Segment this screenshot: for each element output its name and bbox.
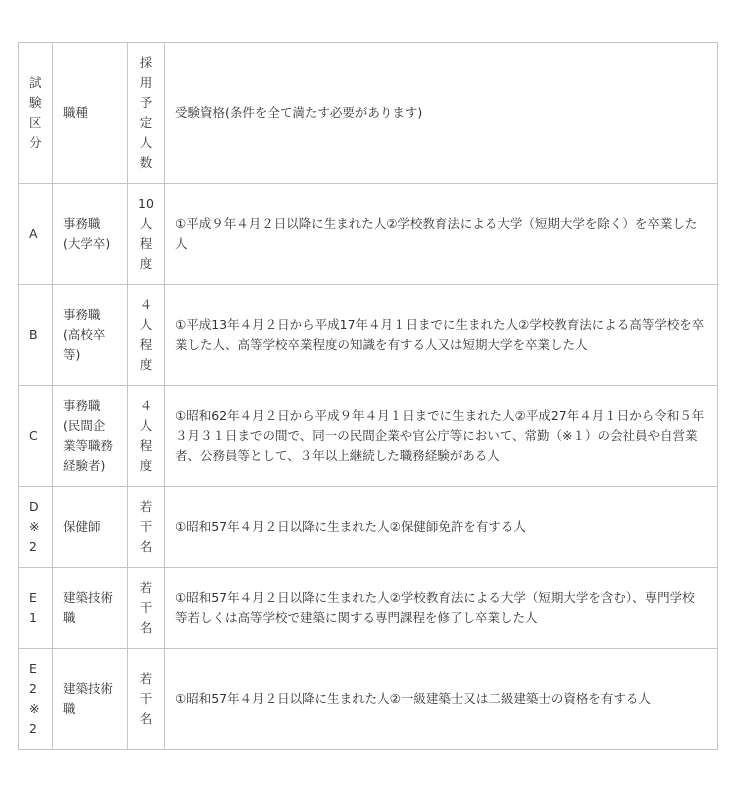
header-qualification: 受験資格(条件を全て満たす必要があります) <box>165 43 718 184</box>
table-row: B 事務職(高校卒等) ４人程度 ①平成13年４月２日から平成17年４月１日まで… <box>19 285 718 386</box>
cell-qualification: ①昭和62年４月２日から平成９年４月１日までに生まれた人②平成27年４月１日から… <box>165 386 718 487</box>
cell-category: D※2 <box>19 487 53 568</box>
table-row: A 事務職(大学卒) 10人程度 ①平成９年４月２日以降に生まれた人②学校教育法… <box>19 184 718 285</box>
header-category: 試験区分 <box>19 43 53 184</box>
cell-planned-hires: ４人程度 <box>128 386 165 487</box>
table-header-row: 試験区分 職種 採用予定人数 受験資格(条件を全て満たす必要があります) <box>19 43 718 184</box>
cell-qualification: ①昭和57年４月２日以降に生まれた人②一級建築士又は二級建築士の資格を有する人 <box>165 649 718 750</box>
cell-job-type: 建築技術職 <box>53 568 128 649</box>
cell-job-type: 建築技術職 <box>53 649 128 750</box>
cell-planned-hires: 若干名 <box>128 568 165 649</box>
cell-qualification: ①昭和57年４月２日以降に生まれた人②保健師免許を有する人 <box>165 487 718 568</box>
cell-category: E1 <box>19 568 53 649</box>
cell-job-type: 事務職(大学卒) <box>53 184 128 285</box>
table-row: D※2 保健師 若干名 ①昭和57年４月２日以降に生まれた人②保健師免許を有する… <box>19 487 718 568</box>
header-planned-hires: 採用予定人数 <box>128 43 165 184</box>
cell-job-type: 保健師 <box>53 487 128 568</box>
table-row: E2※2 建築技術職 若干名 ①昭和57年４月２日以降に生まれた人②一級建築士又… <box>19 649 718 750</box>
cell-job-type: 事務職(民間企業等職務経験者) <box>53 386 128 487</box>
cell-qualification: ①昭和57年４月２日以降に生まれた人②学校教育法による大学（短期大学を含む）、専… <box>165 568 718 649</box>
cell-job-type: 事務職(高校卒等) <box>53 285 128 386</box>
cell-category: C <box>19 386 53 487</box>
cell-category: B <box>19 285 53 386</box>
cell-planned-hires: ４人程度 <box>128 285 165 386</box>
cell-category: A <box>19 184 53 285</box>
cell-qualification: ①平成13年４月２日から平成17年４月１日までに生まれた人②学校教育法による高等… <box>165 285 718 386</box>
header-job-type: 職種 <box>53 43 128 184</box>
table-row: E1 建築技術職 若干名 ①昭和57年４月２日以降に生まれた人②学校教育法による… <box>19 568 718 649</box>
cell-planned-hires: 若干名 <box>128 487 165 568</box>
exam-qualification-table: 試験区分 職種 採用予定人数 受験資格(条件を全て満たす必要があります) A 事… <box>18 42 718 750</box>
cell-category: E2※2 <box>19 649 53 750</box>
cell-qualification: ①平成９年４月２日以降に生まれた人②学校教育法による大学（短期大学を除く）を卒業… <box>165 184 718 285</box>
table-row: C 事務職(民間企業等職務経験者) ４人程度 ①昭和62年４月２日から平成９年４… <box>19 386 718 487</box>
cell-planned-hires: 若干名 <box>128 649 165 750</box>
cell-planned-hires: 10人程度 <box>128 184 165 285</box>
